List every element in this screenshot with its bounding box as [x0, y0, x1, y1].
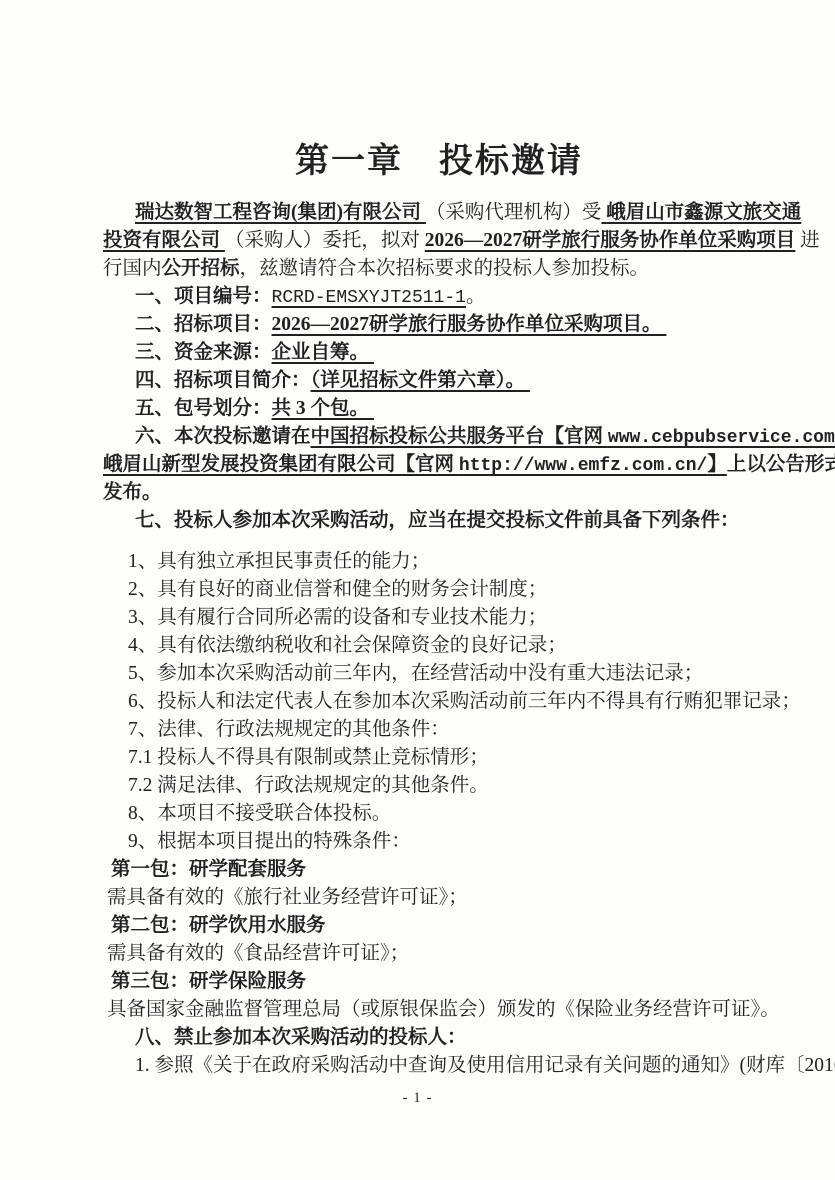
condition-7-1: 7.1 投标人不得具有限制或禁止竞标情形；: [103, 744, 777, 772]
item-8-prohibited-bidders-heading: 八、禁止参加本次采购活动的投标人：: [103, 1024, 777, 1052]
package-2-heading: 第二包：研学饮用水服务: [103, 912, 777, 940]
intro-paragraph-line-3: 行国内公开招标，兹邀请符合本次招标要求的投标人参加投标。: [103, 255, 777, 283]
condition-9: 9、根据本项目提出的特殊条件：: [103, 828, 777, 856]
item-1-project-number: 一、项目编号：RCRD-EMSXYJT2511-1。: [103, 283, 777, 311]
package-3-heading: 第三包：研学保险服务: [103, 968, 777, 996]
item-6-announcement-line-1: 六、本次投标邀请在中国招标投标公共服务平台【官网 www.cebpubservi…: [103, 423, 777, 451]
chapter-title: 第一章 投标邀请: [0, 142, 835, 182]
condition-3: 3、具有履行合同所必需的设备和专业技术能力；: [103, 604, 777, 632]
condition-5: 5、参加本次采购活动前三年内，在经营活动中没有重大违法记录；: [103, 660, 777, 688]
condition-1: 1、具有独立承担民事责任的能力；: [103, 548, 777, 576]
package-1-requirement: 需具备有效的《旅行社业务经营许可证》；: [103, 884, 777, 912]
item-6-announcement-line-3: 发布。: [103, 479, 777, 507]
condition-7-2: 7.2 满足法律、行政法规规定的其他条件。: [103, 772, 777, 800]
condition-6: 6、投标人和法定代表人在参加本次采购活动前三年内不得具有行贿犯罪记录；: [103, 688, 777, 716]
document-lines: 瑞达数智工程咨询(集团)有限公司 （采购代理机构）受 峨眉山市鑫源文旅交通投资有…: [103, 199, 777, 1080]
package-2-requirement: 需具备有效的《食品经营许可证》；: [103, 940, 777, 968]
item-7-bidder-conditions-heading: 七、投标人参加本次采购活动，应当在提交投标文件前具备下列条件：: [103, 507, 777, 535]
page-number: - 1 -: [0, 1090, 835, 1107]
reference-1-credit-record-notice: 1. 参照《关于在政府采购活动中查询及使用信用记录有关问题的通知》(财库〔201…: [103, 1052, 777, 1080]
condition-7: 7、法律、行政法规规定的其他条件：: [103, 716, 777, 744]
condition-4: 4、具有依法缴纳税收和社会保障资金的良好记录；: [103, 632, 777, 660]
condition-8: 8、本项目不接受联合体投标。: [103, 800, 777, 828]
intro-paragraph-line-1: 瑞达数智工程咨询(集团)有限公司 （采购代理机构）受 峨眉山市鑫源文旅交通: [103, 199, 777, 227]
scanned-document-page: 第一章 投标邀请 瑞达数智工程咨询(集团)有限公司 （采购代理机构）受 峨眉山市…: [0, 0, 835, 1180]
item-2-tender-project: 二、招标项目：2026—2027研学旅行服务协作单位采购项目。: [103, 311, 777, 339]
item-6-announcement-line-2: 峨眉山新型发展投资集团有限公司【官网 http://www.emfz.com.c…: [103, 451, 777, 479]
package-1-heading: 第一包：研学配套服务: [103, 856, 777, 884]
item-3-funding-source: 三、资金来源：企业自筹。: [103, 339, 777, 367]
item-5-package-division: 五、包号划分：共 3 个包。: [103, 395, 777, 423]
condition-2: 2、具有良好的商业信誉和健全的财务会计制度；: [103, 576, 777, 604]
intro-paragraph-line-2: 投资有限公司 （采购人）委托，拟对 2026—2027研学旅行服务协作单位采购项…: [103, 227, 777, 255]
item-4-project-brief: 四、招标项目简介：（详见招标文件第六章）。: [103, 367, 777, 395]
package-3-requirement: 具备国家金融监督管理总局（或原银保监会）颁发的《保险业务经营许可证》。: [103, 996, 777, 1024]
